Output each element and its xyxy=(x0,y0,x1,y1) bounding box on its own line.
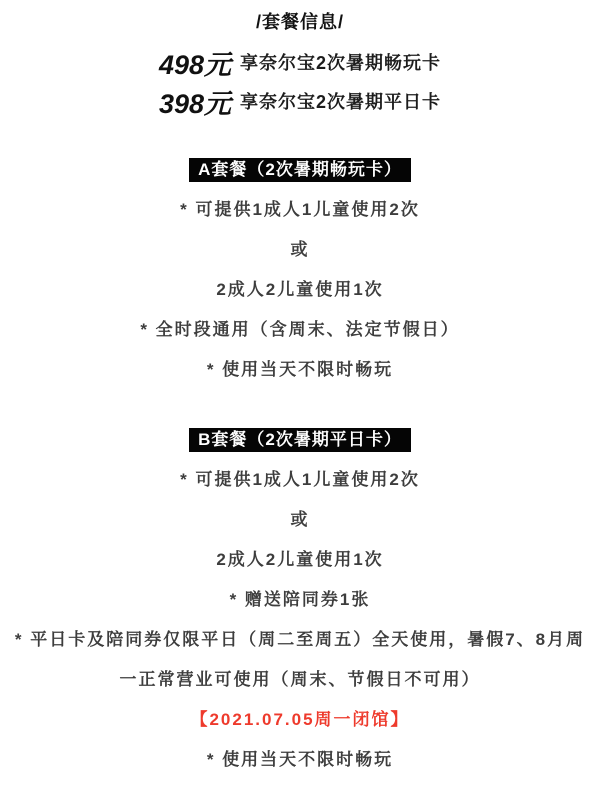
section-a-line-or: 或 xyxy=(0,230,600,270)
section-a-line-usage-1x: 2成人2儿童使用1次 xyxy=(0,270,600,310)
section-a-header-row: A套餐（2次暑期畅玩卡） xyxy=(0,158,600,182)
section-a-line-unlimited-play: * 使用当天不限时畅玩 xyxy=(0,350,600,390)
price-b-desc: 享奈尔宝2次暑期平日卡 xyxy=(240,88,441,114)
section-a-line-usage-2x: * 可提供1成人1儿童使用2次 xyxy=(0,190,600,230)
section-b-header: B套餐（2次暑期平日卡） xyxy=(189,428,411,452)
price-line-b: 398元 享奈尔宝2次暑期平日卡 xyxy=(0,82,600,120)
section-b-line-unlimited-play: * 使用当天不限时畅玩 xyxy=(0,740,600,780)
section-b-header-row: B套餐（2次暑期平日卡） xyxy=(0,428,600,452)
section-b-line-usage-2x: * 可提供1成人1儿童使用2次 xyxy=(0,460,600,500)
package-info-page: /套餐信息/ 498元 享奈尔宝2次暑期畅玩卡 398元 享奈尔宝2次暑期平日卡… xyxy=(0,0,600,795)
price-a-desc: 享奈尔宝2次暑期畅玩卡 xyxy=(240,49,441,75)
section-a-line-all-periods: * 全时段通用（含周末、法定节假日） xyxy=(0,310,600,350)
price-line-a: 498元 享奈尔宝2次暑期畅玩卡 xyxy=(0,42,600,82)
section-b-line-closure-notice: 【2021.07.05周一闭馆】 xyxy=(0,700,600,740)
page-title: /套餐信息/ xyxy=(0,10,600,34)
section-b-line-usage-1x: 2成人2儿童使用1次 xyxy=(0,540,600,580)
section-b-line-weekday-restriction: * 平日卡及陪同券仅限平日（周二至周五）全天使用，暑假7、8月周一正常营业可使用… xyxy=(0,620,600,700)
section-b-line-or: 或 xyxy=(0,500,600,540)
price-b-value: 398元 xyxy=(159,82,231,121)
price-a-value: 498元 xyxy=(159,43,231,82)
section-b-line-companion-ticket: * 赠送陪同券1张 xyxy=(0,580,600,620)
section-a-header: A套餐（2次暑期畅玩卡） xyxy=(189,158,411,182)
